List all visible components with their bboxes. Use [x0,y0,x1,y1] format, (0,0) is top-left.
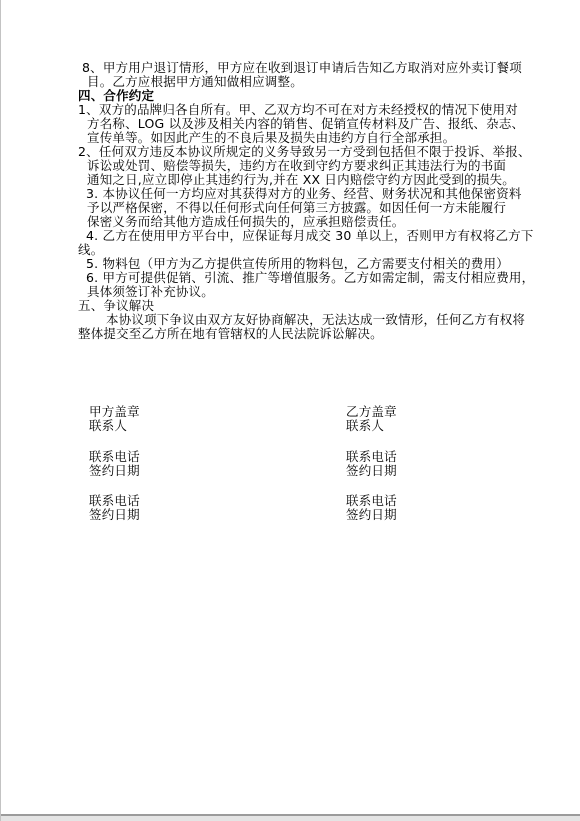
clause-4-5-line-1: 5. 物料包（甲方为乙方提供宣传所用的物料包，乙方需要支付相关的费用） [86,257,538,271]
party-b-contact-label: 联系人 [346,419,384,433]
party-a-phone-label-1: 联系电话 [89,450,140,464]
document-page: 8、甲方用户退订情形，甲方应在收到退订申请后告知乙方取消对应外卖订餐项 目。乙方… [0,0,580,821]
party-a-phone-label-2: 联系电话 [89,494,140,508]
clause-4-6-line-2: 具体须签订补充协议。 [87,285,538,299]
party-b-date-label-2: 签约日期 [346,508,397,522]
party-b-date-label-1: 签约日期 [346,464,397,478]
party-a-date-label-2: 签约日期 [89,508,140,522]
clause-4-2-line-3: 通知之日,应立即停止其违约行为,并在 XX 日内赔偿守约方因此受到的损失。 [87,173,538,187]
clause-4-2-line-1: 2、任何双方违反本协议所规定的义务导致另一方受到包括但不限于投诉、举报、 [78,145,538,159]
party-b-phone-label-1: 联系电话 [346,450,397,464]
clause-4-4-line-2: 线。 [78,243,538,257]
page-bottom-background [1,816,580,821]
contract-body: 8、甲方用户退订情形，甲方应在收到退订申请后告知乙方取消对应外卖订餐项 目。乙方… [78,61,538,341]
clause-8-line-2: 目。乙方应根据甲方通知做相应调整。 [87,75,538,89]
clause-4-6-line-1: 6. 甲方可提供促销、引流、推广等增值服务。乙方如需定制，需支付相应费用， [86,271,538,285]
clause-4-3-line-3: 保密义务而给其他方造成任何损失的，应承担赔偿责任。 [87,215,538,229]
party-b-phone-label-2: 联系电话 [346,494,397,508]
clause-4-1-line-1: 1、双方的品牌归各自所有。甲、乙双方均不可在对方未经授权的情况下使用对 [78,103,538,117]
party-b-stamp-label: 乙方盖章 [346,405,397,419]
clause-4-2-line-2: 诉讼或处罚、赔偿等损失，违约方在收到守约方要求纠正其违法行为的书面 [87,159,538,173]
clause-4-3-line-2: 予以严格保密，不得以任何形式向任何第三方披露。如因任何一方未能履行 [87,201,538,215]
clause-4-3-line-1: 3. 本协议任何一方均应对其获得对方的业务、经营、财务状况和其他保密资料 [86,187,538,201]
clause-4-4-line-1: 4. 乙方在使用甲方平台中，应保证每月成交 30 单以上，否则甲方有权将乙方下 [86,229,538,243]
party-a-date-label-1: 签约日期 [89,464,140,478]
section-5-heading: 五、争议解决 [78,299,538,313]
clause-4-1-line-3: 宣传单等。如因此产生的不良后果及损失由违约方自行全部承担。 [87,131,538,145]
party-a-contact-label: 联系人 [89,419,127,433]
clause-8-line-1: 8、甲方用户退订情形，甲方应在收到退订申请后告知乙方取消对应外卖订餐项 [82,61,538,75]
clause-4-1-line-2: 方名称、LOG 以及涉及相关内容的销售、促销宣传材料及广告、报纸、杂志、 [87,117,538,131]
section-5-para-line-2: 整体提交至乙方所在地有管辖权的人民法院诉讼解决。 [78,327,538,341]
section-4-heading: 四、合作约定 [78,89,538,103]
section-5-para-line-1: 本协议项下争议由双方友好协商解决，无法达成一致情形，任何乙方有权将 [106,313,538,327]
party-a-stamp-label: 甲方盖章 [89,405,140,419]
